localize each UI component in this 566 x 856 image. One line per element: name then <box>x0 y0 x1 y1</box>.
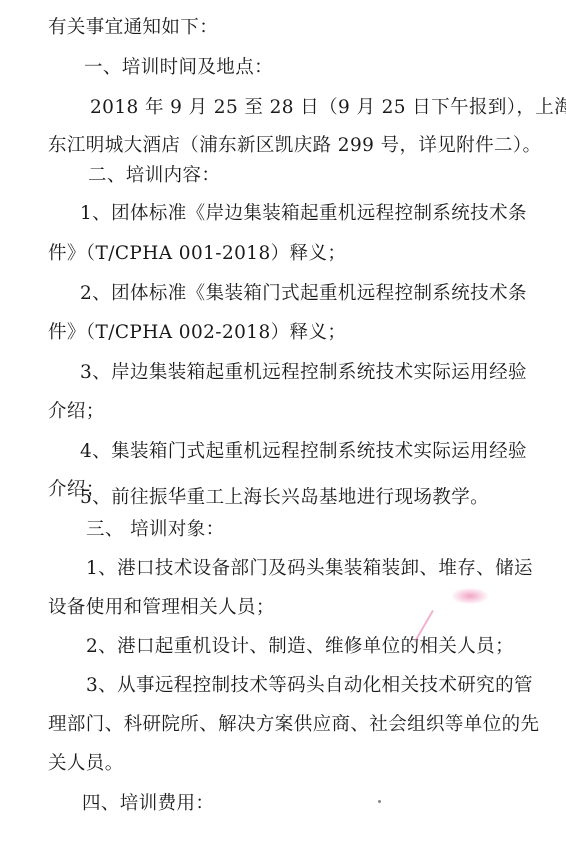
section-2-item-4-line: 4、集装箱门式起重机远程控制系统技术实际运用经验 <box>80 440 527 464</box>
section-1-text-line: 2018 年 9 月 25 至 28 日（9 月 25 日下午报到），上海 <box>90 96 566 120</box>
intro-line: 有关事宜通知如下： <box>48 16 218 40</box>
section-3-heading: 三、 培训对象： <box>86 518 225 542</box>
section-2-item-3-line: 介绍； <box>48 400 105 424</box>
section-2-item-2-line: 件》（T/CPHA 002-2018）释义； <box>48 321 346 345</box>
section-2-item-1-line: 1、团体标准《岸边集装箱起重机远程控制系统技术条 <box>80 202 527 226</box>
section-4-heading: 四、培训费用： <box>82 792 214 816</box>
section-2-item-2-line: 2、团体标准《集装箱门式起重机远程控制系统技术条 <box>80 282 527 306</box>
section-1-heading: 一、培训时间及地点： <box>84 56 273 80</box>
section-1-text-line: 东江明城大酒店（浦东新区凯庆路 299 号，详见附件二）。 <box>48 134 541 158</box>
section-2-item-5-line: 5、前往振华重工上海长兴岛基地进行现场教学。 <box>80 486 489 510</box>
section-3-item-2-line: 2、港口起重机设计、制造、维修单位的相关人员； <box>86 635 514 659</box>
section-2-heading: 二、培训内容： <box>88 164 220 188</box>
section-3-item-3-line: 理部门、科研院所、解决方案供应商、社会组织等单位的先 <box>48 713 539 737</box>
section-2-item-1-line: 件》（T/CPHA 001-2018）释义； <box>48 242 346 266</box>
section-3-item-1-line: 设备使用和管理相关人员； <box>48 596 275 620</box>
section-2-item-3-line: 3、岸边集装箱起重机远程控制系统技术实际运用经验 <box>80 361 527 385</box>
scan-speck <box>378 800 381 803</box>
ink-stain <box>452 588 488 604</box>
section-3-item-3-line: 关人员。 <box>48 752 124 776</box>
section-3-item-1-line: 1、港口技术设备部门及码头集装箱装卸、堆存、储运 <box>86 557 533 581</box>
section-3-item-3-line: 3、从事远程控制技术等码头自动化相关技术研究的管 <box>86 674 533 698</box>
document-page: 有关事宜通知如下： 一、培训时间及地点： 2018 年 9 月 25 至 28 … <box>0 0 566 856</box>
